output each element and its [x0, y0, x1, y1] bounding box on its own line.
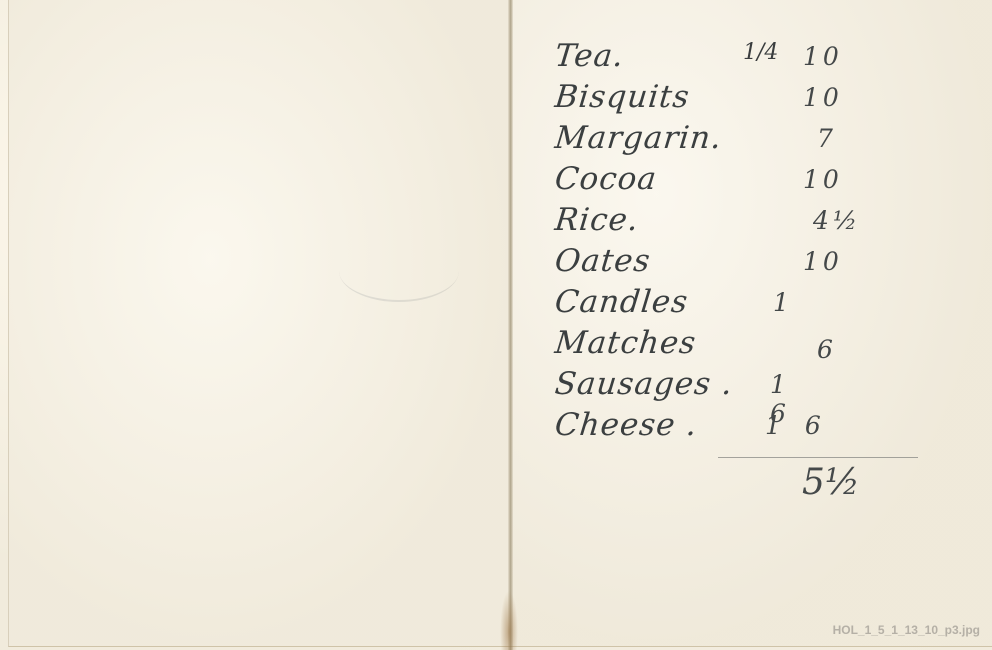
item-price: 10 — [803, 165, 883, 194]
total-rule — [718, 457, 918, 458]
item-name: Bisquits — [553, 79, 691, 115]
item-name: Tea. — [553, 38, 626, 74]
list-item: Rice. 4½ — [555, 202, 915, 243]
bleed-through-stroke — [339, 240, 459, 302]
item-name: Oates — [553, 243, 652, 279]
filename-label: HOL_1_5_1_13_10_p3.jpg — [833, 623, 980, 637]
center-fold — [508, 0, 513, 650]
item-price: 1 — [773, 288, 853, 317]
list-item: Matches 6 — [555, 325, 915, 366]
item-name: Cheese . — [553, 407, 699, 443]
list-item: Cocoa 10 — [555, 161, 915, 202]
total-amount: 5½ — [802, 462, 860, 503]
item-price: 4½ — [813, 206, 893, 235]
item-name: Sausages . — [553, 366, 735, 402]
fold-stain — [500, 590, 518, 650]
item-price: 6 — [817, 335, 897, 364]
item-price: 10 — [803, 247, 883, 276]
list-item: Bisquits 10 — [555, 79, 915, 120]
item-name: Matches — [553, 325, 698, 361]
item-quantity: 1/4 — [743, 40, 778, 65]
left-page: ​ — [8, 0, 512, 647]
list-item: Candles 1 — [555, 284, 915, 325]
item-name: Margarin. — [553, 120, 724, 156]
item-price: 1 6 — [765, 411, 845, 440]
list-item: Sausages . 1 6 — [555, 366, 915, 407]
item-price: 7 — [817, 124, 897, 153]
item-price: 10 — [803, 83, 883, 112]
list-item: Oates 10 — [555, 243, 915, 284]
item-price: 10 — [803, 42, 883, 71]
item-name: Cocoa — [553, 161, 659, 197]
scanned-document: ​ Tea. 1/4 10 Bisquits 10 Margarin. 7 Co… — [0, 0, 992, 650]
list-item: Tea. 1/4 10 — [555, 38, 915, 79]
shopping-list: Tea. 1/4 10 Bisquits 10 Margarin. 7 Coco… — [555, 38, 915, 448]
list-item: Cheese . 1 6 — [555, 407, 915, 448]
item-name: Candles — [553, 284, 690, 320]
list-item: Margarin. 7 — [555, 120, 915, 161]
item-name: Rice. — [553, 202, 641, 238]
